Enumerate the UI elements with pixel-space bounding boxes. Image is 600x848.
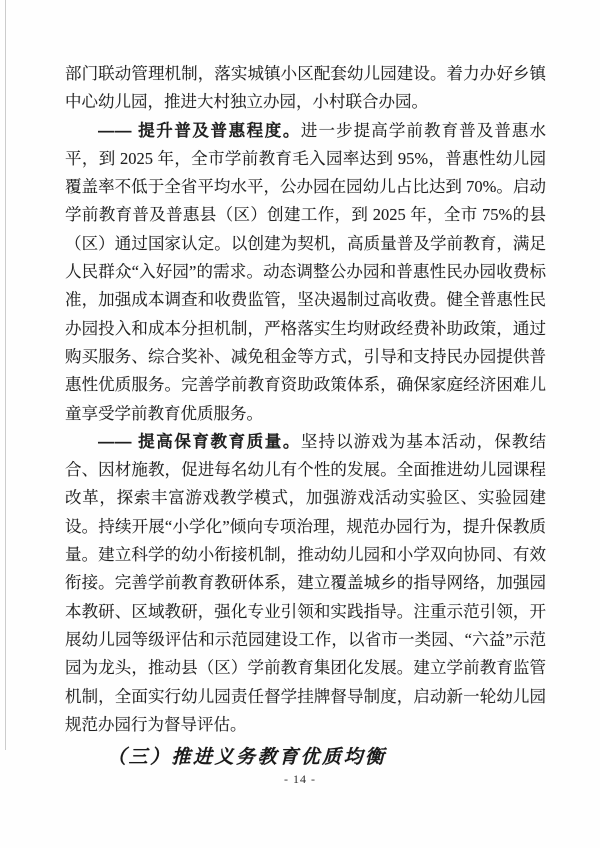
paragraph-continuation: 部门联动管理机制，落实城镇小区配套幼儿园建设。着力办好乡镇中心幼儿园，推进大村独…: [65, 60, 546, 117]
paragraph-dash-item-1: —— 提升普及普惠程度。进一步提高学前教育普及普惠水平，到 2025 年，全市学…: [65, 117, 546, 428]
paragraph-text: 进一步提高学前教育普及普惠水平，到 2025 年，全市学前教育毛入园率达到 95…: [65, 121, 546, 423]
paragraph-bold-lead: —— 提升普及普惠程度。: [98, 122, 301, 140]
paragraph-bold-lead: —— 提高保育教育质量。: [98, 433, 301, 451]
page-number: - 14 -: [0, 772, 600, 787]
paragraph-text: 坚持以游戏为基本活动，保教结合、因材施教，促进每名幼儿有个性的发展。全面推进幼儿…: [65, 432, 546, 734]
scan-edge-artifact: [5, 0, 6, 750]
paragraph-text: 部门联动管理机制，落实城镇小区配套幼儿园建设。着力办好乡镇中心幼儿园，推进大村独…: [65, 64, 546, 111]
scanned-document-page: 部门联动管理机制，落实城镇小区配套幼儿园建设。着力办好乡镇中心幼儿园，推进大村独…: [0, 0, 600, 848]
paragraph-dash-item-2: —— 提高保育教育质量。坚持以游戏为基本活动，保教结合、因材施教，促进每名幼儿有…: [65, 428, 546, 739]
section-heading: （三）推进义务教育优质均衡: [65, 744, 546, 772]
document-body: 部门联动管理机制，落实城镇小区配套幼儿园建设。着力办好乡镇中心幼儿园，推进大村独…: [65, 60, 546, 772]
